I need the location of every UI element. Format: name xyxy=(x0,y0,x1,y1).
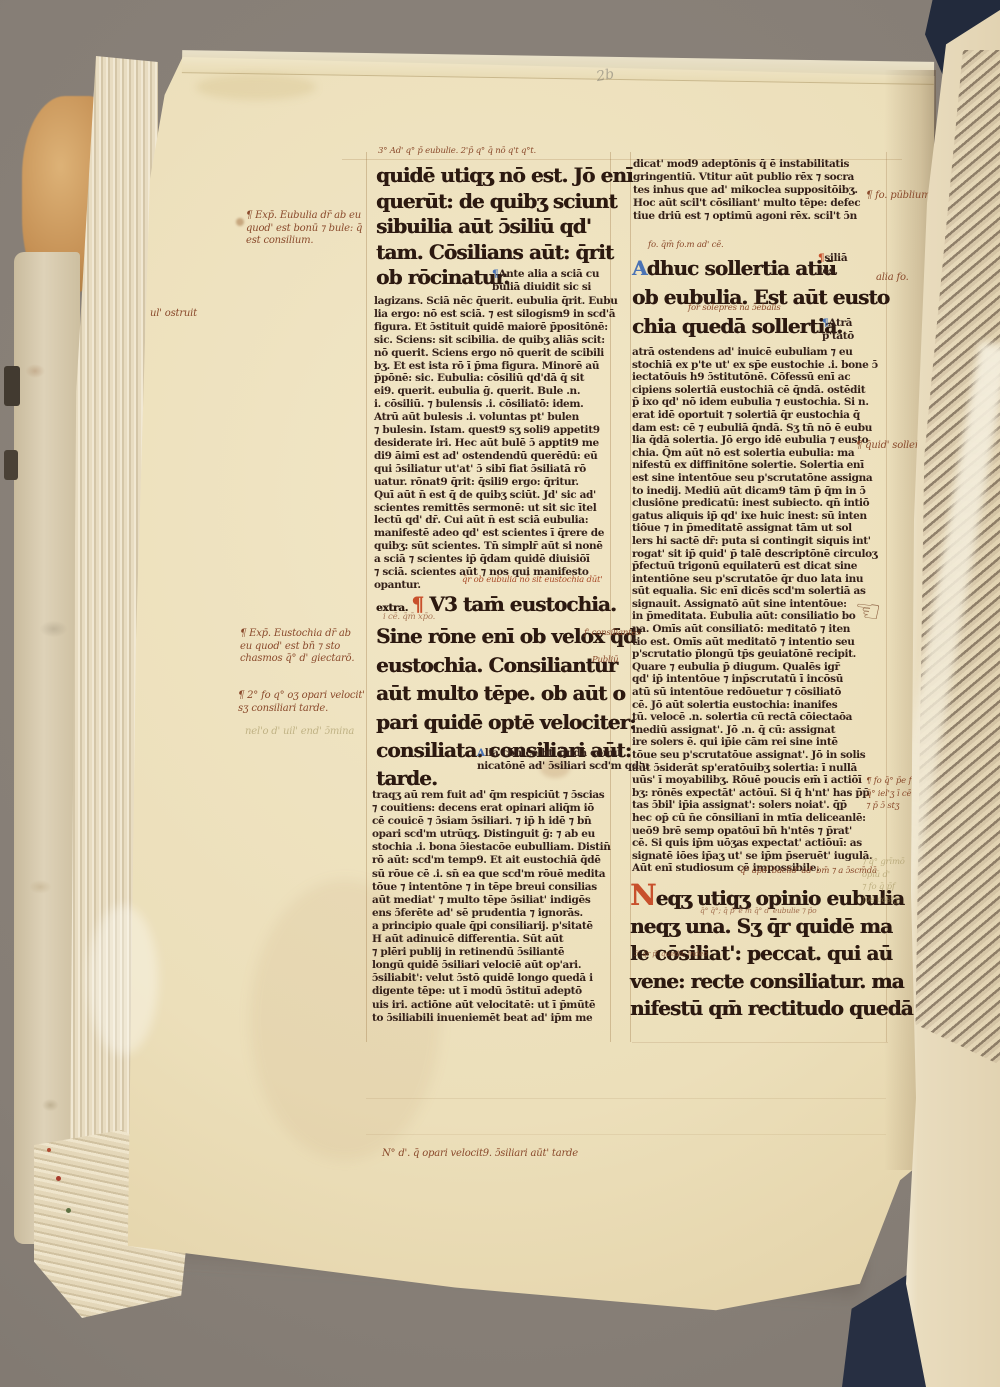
text-line: iectatōuis h9 ɔ̄stitutōnē. Cōfessū enī a… xyxy=(632,371,890,384)
text-line: to ɔ̄siliabili inueniemēt beat ad' ip̄m … xyxy=(372,1012,618,1025)
text-line: tiue driū est ⁊ optimū agoni rēx. scil't… xyxy=(633,210,889,223)
text-line: signauit. Assignatō aūt sine intentōue: xyxy=(632,598,890,611)
text-line: chasmos q̄° d' giectarō. xyxy=(240,653,405,666)
text-line: cē. Si quis ip̄m uōʒas expectat' actiōuī… xyxy=(632,837,890,850)
text-line: ¶ Exp̄. Eubulia dr̄ ab eu xyxy=(246,210,406,223)
text-line: ¶ 2° fo q° oʒ opari velocit' xyxy=(238,690,413,703)
gloss-red-f: for solepres n̄a ɔ̄ebalis xyxy=(688,303,848,313)
text-line: lagizans. Sciā nēc q̄uerit. eubulia q̄ri… xyxy=(374,295,616,308)
text-line: i. cōsiliū. ⁊ bulensis .i. cōsiliatō: id… xyxy=(374,398,616,411)
text-line: sūt equalia. Sic enī dicēs scd'm solerti… xyxy=(632,585,890,598)
text-line: Hoc aūt scil't cōsiliant' multo tēpe: de… xyxy=(633,197,889,210)
text-line: chia. Q̄m aūt nō est solertia eubulia: m… xyxy=(632,447,890,460)
text-line: figura. Et ɔ̄stituit quidē maiorē p̄posi… xyxy=(374,321,616,334)
binding-clasp xyxy=(4,366,20,406)
text-line: aūt ɔ̄siderāt sp'eratōuibʒ solertia: ī n… xyxy=(632,762,890,775)
text-line: quidē utiqʒ nō est. Jō enī xyxy=(376,163,620,189)
text-line: ɔ̄siliabit': velut ɔ̄stō quidē longo que… xyxy=(372,972,618,985)
text-line: tōue ⁊ intentōne ⁊ in tēpe breui consili… xyxy=(372,881,618,894)
colored-initial: ¶ xyxy=(822,317,828,329)
text-line: atrā ostendens ad' inuicē eubuliam ⁊ eu xyxy=(632,346,890,359)
manicule-drawing: ☜ xyxy=(852,592,883,630)
text-line: quibʒ: sūt scientes. Tn̄ simplr̄ aūt si … xyxy=(374,540,616,553)
text-line: sʒ consiliari tarde. xyxy=(238,703,413,716)
commentary-block-g: atrā ostendens ad' inuicē eubuliam ⁊ eus… xyxy=(632,346,890,875)
text-line: stochiā ex p'te ut' ex sp̄e eustochie .i… xyxy=(632,359,890,372)
text-line: gatus aliquis ip̄ qd' ixe huic inest: sū… xyxy=(632,510,890,523)
pigment-speck xyxy=(56,1176,61,1181)
text-line: atū sū intentōue redōuetur ⁊ cōsiliatō xyxy=(632,686,890,699)
text-line: est sine intentōue seu p'scrutatōne assi… xyxy=(632,472,890,485)
text-line: hec op̄ cū n̄e cōnsilianī in mtīa delice… xyxy=(632,812,890,825)
text-line: Alia cōnicē ht' q̄ndā cōmu xyxy=(477,747,637,760)
bottom-margin-note: N° d'. q̄ opari velocit9. ɔ̄siliari aūt'… xyxy=(382,1148,702,1159)
parchment-stain xyxy=(236,218,244,226)
text-line: tōue seu p'scrutatōue assignat'. Jō in s… xyxy=(632,749,890,762)
text-line: sibuilia aūt ɔ̄siliū qd' xyxy=(376,214,620,240)
text-line: to inedij. Mediū aūt dicam9 tām p̄ q̄m i… xyxy=(632,485,890,498)
text-line: Quī aūt n̄ est q̄ de quibʒ sciūt. Jd' si… xyxy=(374,489,616,502)
text-line: buliā diuidit sic si xyxy=(492,281,626,294)
parchment-stain xyxy=(88,905,158,1055)
colored-initial: N xyxy=(630,878,656,912)
text-line: bʒ. Et est ista rō ī p̄ma figura. Minorē… xyxy=(374,360,616,373)
ruling-line-vertical xyxy=(366,152,367,1042)
commentary-block-b: lagizans. Sciā nēc q̄uerit. eubulia q̄ri… xyxy=(374,295,616,592)
text-line: p'tātō xyxy=(822,330,892,343)
commentary-cont-f2: ¶Atrāp'tātō xyxy=(822,317,892,343)
pigment-speck xyxy=(66,1208,71,1213)
margin-note-left-2: ul' ostruit xyxy=(150,308,240,321)
text-line: p̄fectuū trigonū equilaterū est dicat si… xyxy=(632,560,890,573)
text-line: tas ɔ̄bil' ip̄ia assignat': solers noiat… xyxy=(632,799,890,812)
text-line: quod' est bonū ⁊ bule: q̄ xyxy=(246,223,406,236)
text-line: ⁊ plēri publij in retinendū ɔ̄siliantē xyxy=(372,946,618,959)
text-line: uatur. rōnat9 q̄rit: q̄sili9 ergo: q̄rit… xyxy=(374,476,616,489)
ruling-line-horizontal xyxy=(366,1098,886,1099)
text-line: cipiens solertiā eustochiā cē q̄ndā. ost… xyxy=(632,384,890,397)
text-line: in p̄meditata. Eubulia aūt: consiliatio … xyxy=(632,610,890,623)
text-line: inediū assignat'. Jō .n. q̄ cū: assignat xyxy=(632,724,890,737)
colored-initial: ¶ xyxy=(492,268,498,280)
text-line: scientes remittēs sermonē: ut sit sic īt… xyxy=(374,502,616,515)
text-line: clusiōne predicatū: inest subiecto. qn̄ … xyxy=(632,497,890,510)
text-line: intentiōne seu p'scrutatōe q̄r duo lata … xyxy=(632,573,890,586)
commentary-block-e: dicat' mod9 adeptōnis q̄ ē instabilitati… xyxy=(633,158,889,223)
worn-spine-strip xyxy=(14,252,80,1244)
interlinear-gloss-h2: q̄° q̄°; q̄ p̄' ē m̄ q̄° d' eubulie ⁊ p̄… xyxy=(700,906,890,915)
text-line: di9 āimī est ad' ostendendū querēdū: eū xyxy=(374,450,616,463)
text-line: vene: recte consiliatur. ma xyxy=(630,968,888,996)
text-line: ¶Atrā xyxy=(822,317,892,330)
text-line: tio est. Omīs aūt meditatō ⁊ intentio se… xyxy=(632,636,890,649)
text-line: sū rōue cē .i. sn̄ ea que scd'm rōuē med… xyxy=(372,868,618,881)
text-line: qui ɔ̄siliatur ut'at' ɔ̄ sibī fiat ɔ̄sil… xyxy=(374,463,616,476)
colored-initial: ¶ xyxy=(411,592,429,616)
ruling-line-horizontal xyxy=(632,1042,888,1043)
text-line: aūt mediat' ⁊ multo tēpe ɔ̄siliat' indig… xyxy=(372,894,618,907)
margin-note-left-3: ¶ Exp̄. Eustochia dr̄ abeu quod' est bn̄… xyxy=(240,628,405,666)
text-line: neqʒ una. Sʒ q̄r quidē ma xyxy=(630,913,888,941)
parchment-stain xyxy=(196,74,316,100)
text-line: tū. velocē .n. solertia cū rectā cōiecta… xyxy=(632,711,890,724)
margin-note-left-5: nel'o d' uil' end' ɔ̄mina xyxy=(245,726,395,739)
text-line: H aūt adinuicē differentia. Sūt aūt xyxy=(372,933,618,946)
text-line: p̄pōnē: sic. Eubulia: cōsiliū qd'dā q̄ s… xyxy=(374,372,616,385)
text-line: extra. ¶ V3 tam̄ eustochia. xyxy=(376,590,624,622)
text-line: p'scrutatio p̄longū tp̄s geuiatōnē recip… xyxy=(632,648,890,661)
text-line: ire solers ē. qui ip̄ie cām rei sine int… xyxy=(632,736,890,749)
text-line: signatē iōes ip̄aʒ ut' se ip̄m p̄seruēt'… xyxy=(632,850,890,863)
commentary-cont-a: ¶Ante alia a sciā cubuliā diuidit sic si xyxy=(492,268,626,294)
text-line: rō aūt: scd'm temp9. Et ait eustochiā q̄… xyxy=(372,854,618,867)
text-line: Quare ⁊ eubulia p̄ diugum. Qualēs igr̄ xyxy=(632,661,890,674)
text-line: ul' ostruit xyxy=(150,308,240,321)
text-line: p̄ ixo qd' nō idem eubulia ⁊ eustochia. … xyxy=(632,396,890,409)
text-line: nel'o d' uil' end' ɔ̄mina xyxy=(245,726,395,739)
text-line: cē. Jō aūt solertia eustochia: inanifes xyxy=(632,699,890,712)
manuscript-photo-stage: 2b 3° Ad' q° p̄ eubulie. 2'p̄ q° q̄ nō q… xyxy=(0,0,1000,1387)
binding-clasp-2 xyxy=(4,450,18,480)
text-line: traqʒ aū rem fuit ad' q̄m respiciūt ⁊ ɔ̄… xyxy=(372,789,618,802)
text-line: desiderate iri. Hec aūt bulē ɔ̄ apptit9 … xyxy=(374,437,616,450)
text-line: nō querit. Sciens ergo nō querit de scib… xyxy=(374,347,616,360)
text-line: longū quidē ɔ̄siliari velociē aūt op'ari… xyxy=(372,959,618,972)
text-line: opari scd'm utrūqʒ. Distinguit ḡ: ⁊ ab … xyxy=(372,828,618,841)
text-line: lers hi sactē dr̄: puta si contingit siq… xyxy=(632,535,890,548)
text-line: lia ergo: nō est sciā. ⁊ est silogism9 i… xyxy=(374,308,616,321)
colored-initial: A xyxy=(477,747,485,759)
inline-small-text: extra. xyxy=(376,602,411,614)
text-line: ¶ Exp̄. Eustochia dr̄ ab xyxy=(240,628,405,641)
text-line: lia q̄dā solertia. Jō ergo idē eubulia ⁊… xyxy=(632,434,890,447)
text-line: eu quod' est bn̄ ⁊ sto xyxy=(240,641,405,654)
text-line: lectū qd' dr̄. Cui aūt n̄ est sciā eubul… xyxy=(374,514,616,527)
ruling-line-horizontal xyxy=(366,1134,886,1135)
text-line: a sciā ⁊ scientes ip̄ q̄dam quidē diuisi… xyxy=(374,553,616,566)
text-line: est consilium. xyxy=(246,235,406,248)
text-line: pari quidē optē velociter: xyxy=(376,708,624,736)
margin-note-left-1: ¶ Exp̄. Eubulia dr̄ ab euquod' est bonū … xyxy=(246,210,406,248)
text-line: rogat' sit ip̄ quid' p̄ talē descriptōnē… xyxy=(632,548,890,561)
margin-note-left-4: ¶ 2° fo q° oʒ opari velocit'sʒ consiliar… xyxy=(238,690,413,715)
interlinear-gloss-h3: ɔ̄' q̄r p̄' quedā; indeō xyxy=(634,949,794,958)
text-line: cē couicē ⁊ ɔ̄siam ɔ̄siliari. ⁊ ip̄ h id… xyxy=(372,815,618,828)
text-line: manifestē adeo qd' est scientes ī q̄rere… xyxy=(374,527,616,540)
text-line: ¶siliā xyxy=(818,252,888,265)
text-line: aūt multo tēpe. ob aūt o xyxy=(376,679,624,707)
commentary-block-d: traqʒ aū rem fuit ad' q̄m respiciūt ⁊ ɔ̄… xyxy=(372,789,618,1025)
text-line: uis iri. actiōne aūt velocitatē: ut ī p̄… xyxy=(372,999,618,1012)
text-line: bʒ: rōnēs expectāt' actōuī. Si q̄ h'nt' … xyxy=(632,787,890,800)
pigment-speck xyxy=(47,1148,51,1152)
text-line: tiōue ⁊ in p̄meditatē assignat tām ut so… xyxy=(632,522,890,535)
text-line: ens ɔ̄ferēte ad' sē prudentia ⁊ ignorās. xyxy=(372,907,618,920)
text-line: qd' ip̄ intentōue ⁊ inp̄scrutatū ī incōs… xyxy=(632,673,890,686)
text-line: gringentiū. Vtitur aūt publio rēx ⁊ socr… xyxy=(633,171,889,184)
text-line: ueō9 brē semp opatōuī bn̄ h'ntēs ⁊ p̄rat… xyxy=(632,825,890,838)
text-line: nicatōnē ad' ɔ̄siliari scd'm qd'u xyxy=(477,760,637,773)
colored-initial: A xyxy=(632,256,647,280)
text-line: tes inhus que ad' mikoclea suppositōibʒ. xyxy=(633,184,889,197)
text-line: tam. Cōsilians aūt: q̄rit xyxy=(376,240,620,266)
text-line: ⁊ bulesin. Istam. quest9 sʒ soli9 appeti… xyxy=(374,424,616,437)
gloss-top-left: 3° Ad' q° p̄ eubulie. 2'p̄ q° q̄ nō q't … xyxy=(378,146,628,156)
gloss-red-c: q̄r ob eubulia nō sit eustochia dūt' xyxy=(462,575,632,585)
colored-initial: ¶ xyxy=(818,252,824,264)
text-line: stochia .i. bona ɔ̄iestacōe eubulliam. D… xyxy=(372,841,618,854)
text-line: a principio quale q̄pi consiliarij. p'si… xyxy=(372,920,618,933)
text-line: Atrū aūt bulesis .i. voluntas pt' bulen xyxy=(374,411,616,424)
commentary-cont-c: Alia cōnicē ht' q̄ndā cōmunicatōnē ad' ɔ… xyxy=(477,747,637,773)
text-line: digente tēpe: ut ī modū ɔ̄stituī adeptō xyxy=(372,985,618,998)
text-line: sic. Sciens: sit scibilia. de quibʒ aliā… xyxy=(374,334,616,347)
text-line: ¶Ante alia a sciā cu xyxy=(492,268,626,281)
text-line: dicat' mod9 adeptōnis q̄ ē instabilitati… xyxy=(633,158,889,171)
text-line: uūs' ī moyabilibʒ. Rōuē poucis em̄ ī act… xyxy=(632,774,890,787)
text-line: ei9. querit. eubulia ḡ. querit. Bule .n… xyxy=(374,385,616,398)
text-line: querūt: de quibʒ sciunt xyxy=(376,189,620,215)
text-line: nifestū qm̄ rectitudo quedā xyxy=(630,995,888,1023)
gloss-red-e: fo. q̄m̄ fo.m ad' cē. xyxy=(648,240,798,250)
text-line: erat idē oportuit ⁊ solertiā q̄r eustoch… xyxy=(632,409,890,422)
text-line: nifestū ex diffinitōne solertie. Solerti… xyxy=(632,459,890,472)
text-line: ⁊ couitiens: decens erat opinari aliq̄m … xyxy=(372,802,618,815)
text-line: dam est: cē ⁊ eubuliā q̄ndā. Sʒ tn̄ nō ē… xyxy=(632,422,890,435)
text-line: eustochia. Consiliantur xyxy=(376,651,624,679)
